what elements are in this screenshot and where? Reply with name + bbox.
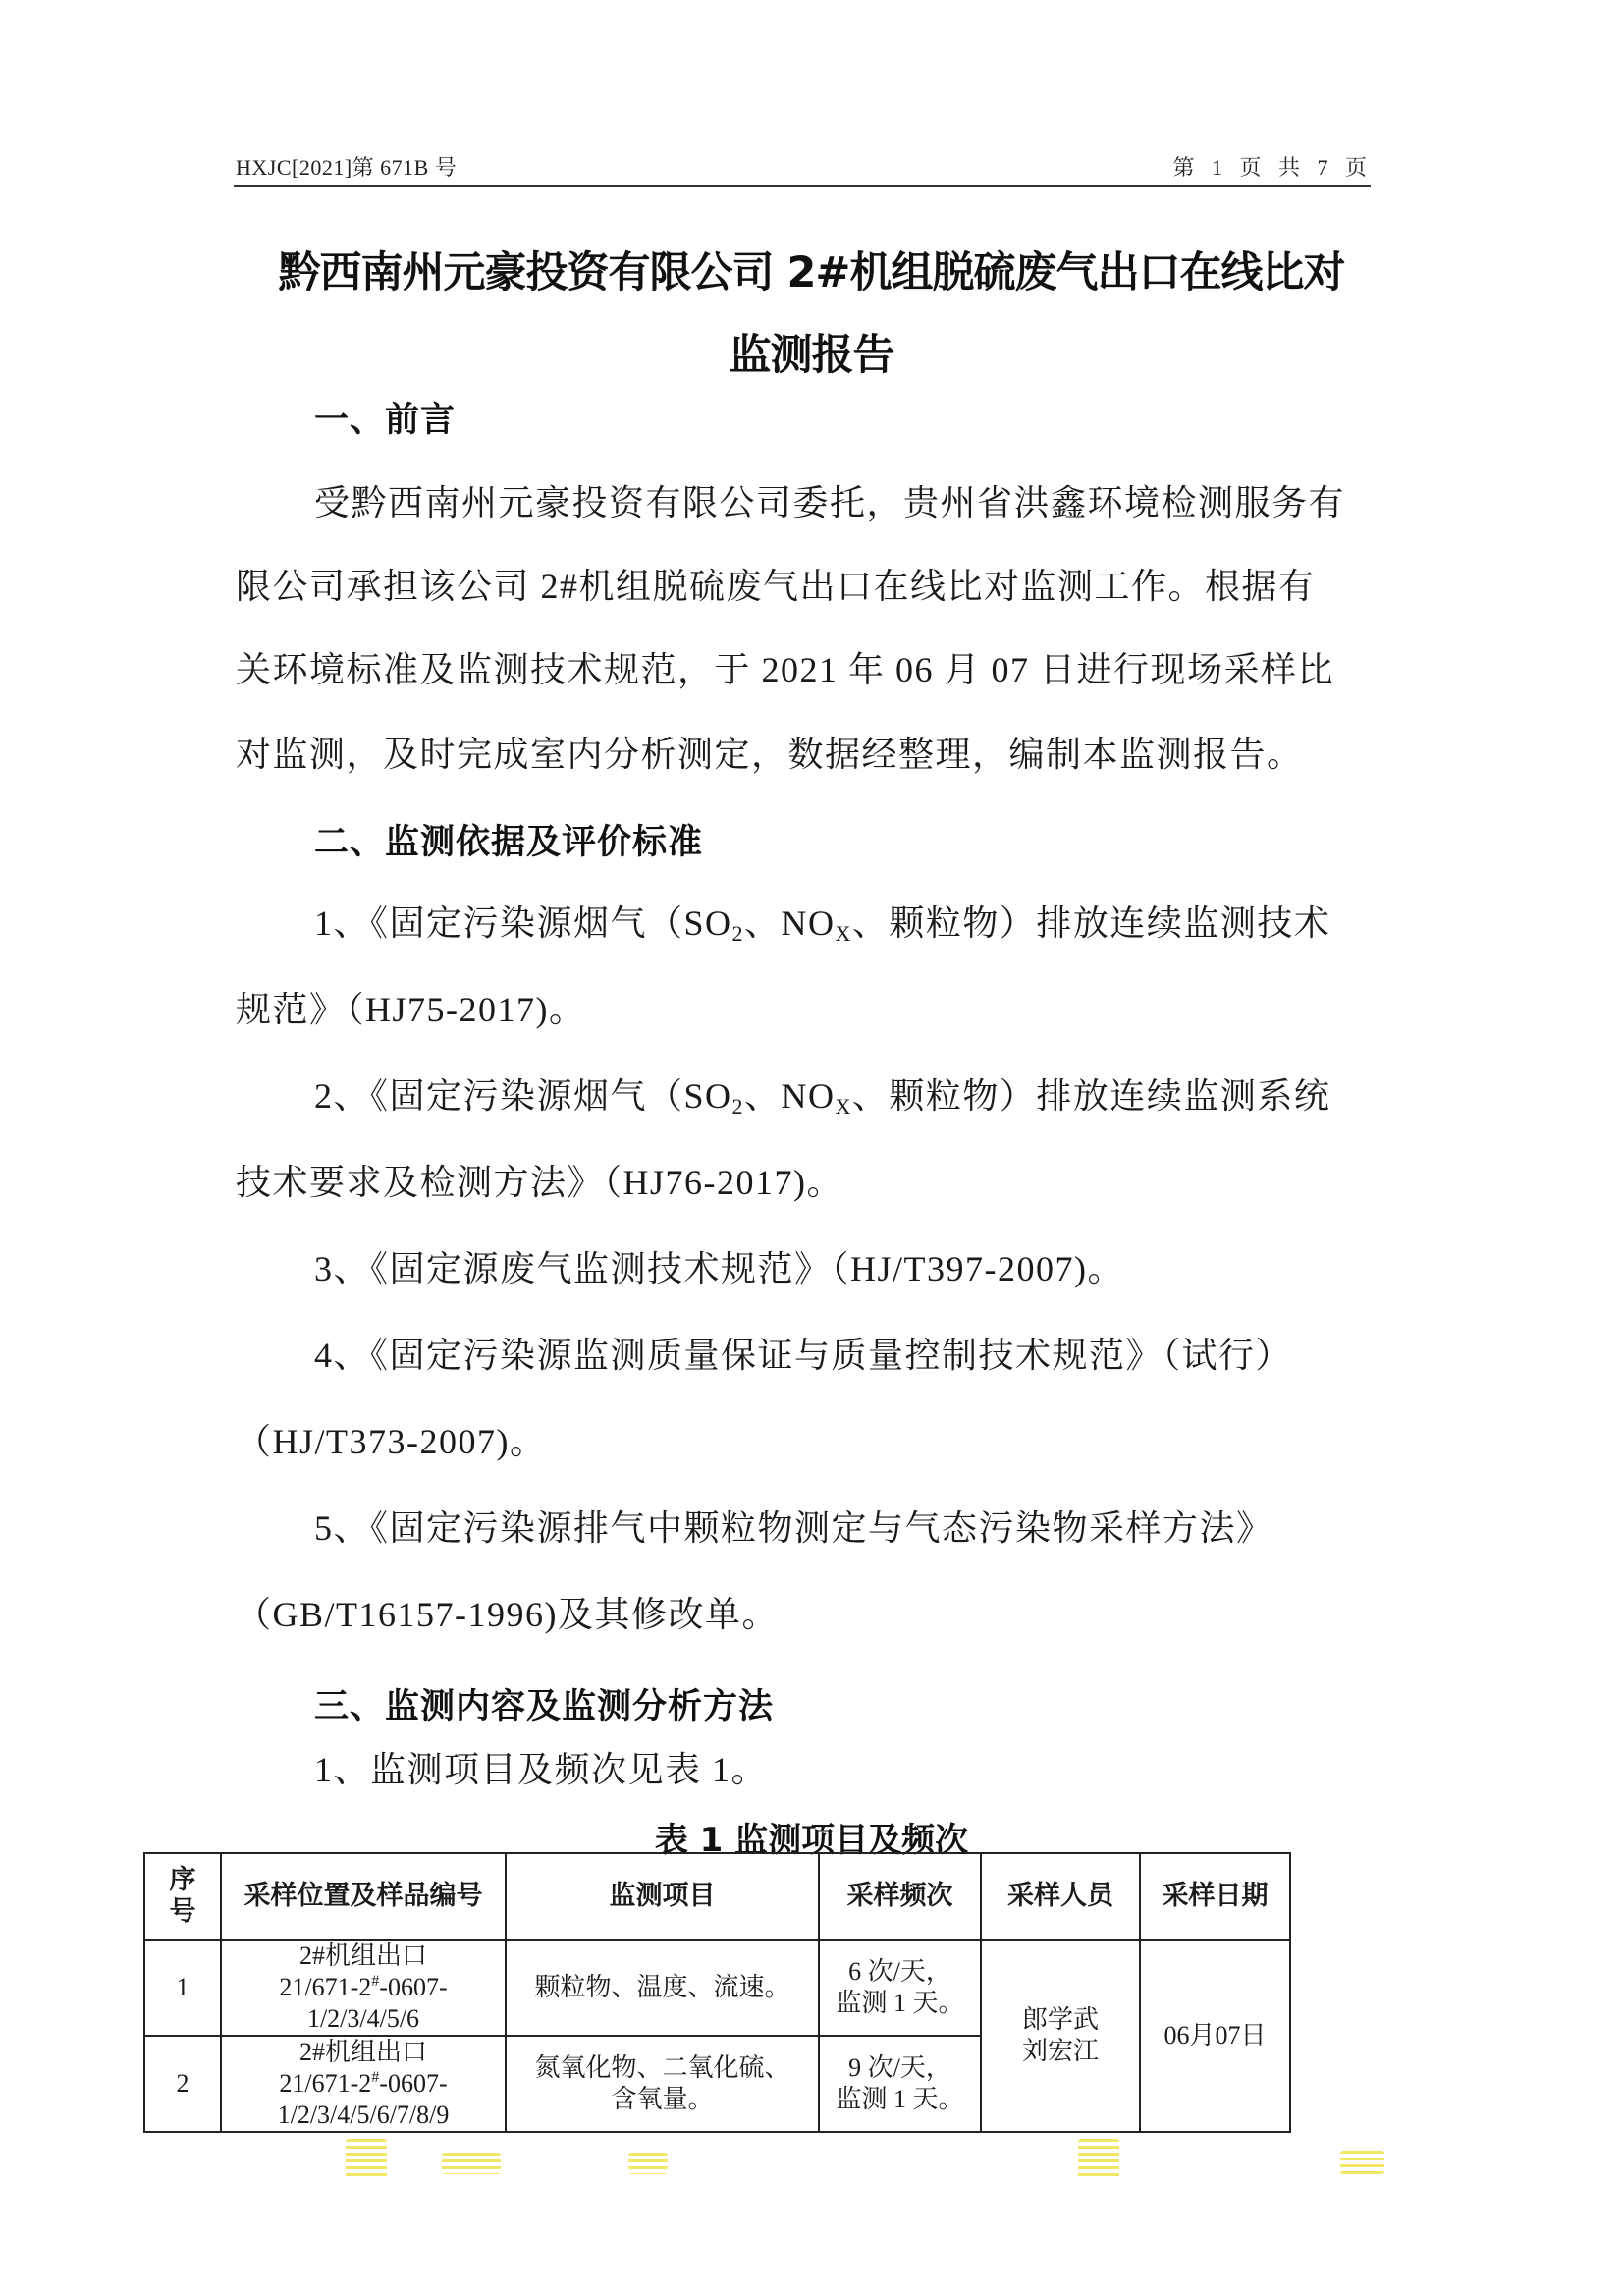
basis-item-1-line1: 1、《固定污染源烟气（SO2、NOX、颗粒物）排放连续监测技术 xyxy=(314,902,1330,945)
cell-frequency: 6 次/天， 监测 1 天。 xyxy=(819,1940,981,2036)
header-date: 采样日期 xyxy=(1140,1853,1290,1940)
seal-mark-icon xyxy=(1078,2139,1119,2180)
basis-item-5-line1: 5、《固定污染源排气中颗粒物测定与气态污染物采样方法》 xyxy=(314,1506,1273,1550)
cell-seq: 2 xyxy=(144,2036,221,2132)
basis-item-1-line2: 规范》（HJ75-2017)。 xyxy=(236,988,586,1031)
page-header: HXJC[2021]第 671B 号 第 1 页 共 7 页 xyxy=(234,155,1371,187)
page-indicator: 第 1 页 共 7 页 xyxy=(1172,155,1369,181)
section-heading-basis: 二、监测依据及评价标准 xyxy=(314,815,703,864)
seal-mark-icon xyxy=(346,2139,387,2180)
cell-location: 2#机组出口 21/671-2#-0607-1/2/3/4/5/6 xyxy=(221,1940,506,2036)
section-heading-content: 三、监测内容及监测分析方法 xyxy=(314,1679,774,1728)
header-seq: 序 号 xyxy=(144,1853,221,1940)
cell-items: 颗粒物、温度、流速。 xyxy=(506,1940,819,2036)
section-heading-preface: 一、前言 xyxy=(314,393,456,442)
header-frequency: 采样频次 xyxy=(819,1853,981,1940)
preface-line-3: 关环境标准及监测技术规范，于 2021 年 06 月 07 日进行现场采样比 xyxy=(236,648,1334,691)
basis-item-3: 3、《固定源废气监测技术规范》（HJ/T397-2007)。 xyxy=(314,1247,1124,1290)
document-number: HXJC[2021]第 671B 号 xyxy=(236,155,457,181)
cell-date: 06月07日 xyxy=(1140,1940,1290,2132)
header-personnel: 采样人员 xyxy=(981,1853,1140,1940)
cell-location: 2#机组出口 21/671-2#-0607-1/2/3/4/5/6/7/8/9 xyxy=(221,2036,506,2132)
header-items: 监测项目 xyxy=(506,1853,819,1940)
cell-personnel: 郎学武 刘宏江 xyxy=(981,1940,1140,2132)
report-title-line1: 黔西南州元豪投资有限公司 2#机组脱硫废气出口在线比对 xyxy=(0,240,1623,300)
seal-mark-icon xyxy=(442,2153,501,2174)
cell-seq: 1 xyxy=(144,1940,221,2036)
monitoring-frequency-table: 序 号 采样位置及样品编号 监测项目 采样频次 采样人员 采样日期 1 2#机组… xyxy=(143,1852,1291,2133)
seal-mark-icon xyxy=(1340,2151,1384,2174)
basis-item-5-line2: （GB/T16157-1996)及其修改单。 xyxy=(236,1593,779,1636)
seal-mark-icon xyxy=(628,2153,668,2174)
content-line-1: 1、监测项目及频次见表 1。 xyxy=(314,1748,768,1791)
preface-line-4: 对监测，及时完成室内分析测定，数据经整理，编制本监测报告。 xyxy=(236,733,1304,776)
preface-line-2: 限公司承担该公司 2#机组脱硫废气出口在线比对监测工作。根据有 xyxy=(236,565,1316,608)
basis-item-4-line2: （HJ/T373-2007)。 xyxy=(236,1420,546,1463)
preface-line-1: 受黔西南州元豪投资有限公司委托，贵州省洪鑫环境检测服务有 xyxy=(314,481,1345,524)
table-row: 1 2#机组出口 21/671-2#-0607-1/2/3/4/5/6 颗粒物、… xyxy=(144,1940,1290,2036)
table-header-row: 序 号 采样位置及样品编号 监测项目 采样频次 采样人员 采样日期 xyxy=(144,1853,1290,1940)
cell-frequency: 9 次/天， 监测 1 天。 xyxy=(819,2036,981,2132)
basis-item-2-line1: 2、《固定污染源烟气（SO2、NOX、颗粒物）排放连续监测系统 xyxy=(314,1074,1330,1118)
report-title-line2: 监测报告 xyxy=(0,322,1623,382)
cell-items: 氮氧化物、二氧化硫、 含氧量。 xyxy=(506,2036,819,2132)
header-location: 采样位置及样品编号 xyxy=(221,1853,506,1940)
basis-item-2-line2: 技术要求及检测方法》（HJ76-2017)。 xyxy=(236,1161,843,1204)
basis-item-4-line1: 4、《固定污染源监测质量保证与质量控制技术规范》（试行） xyxy=(314,1334,1292,1377)
